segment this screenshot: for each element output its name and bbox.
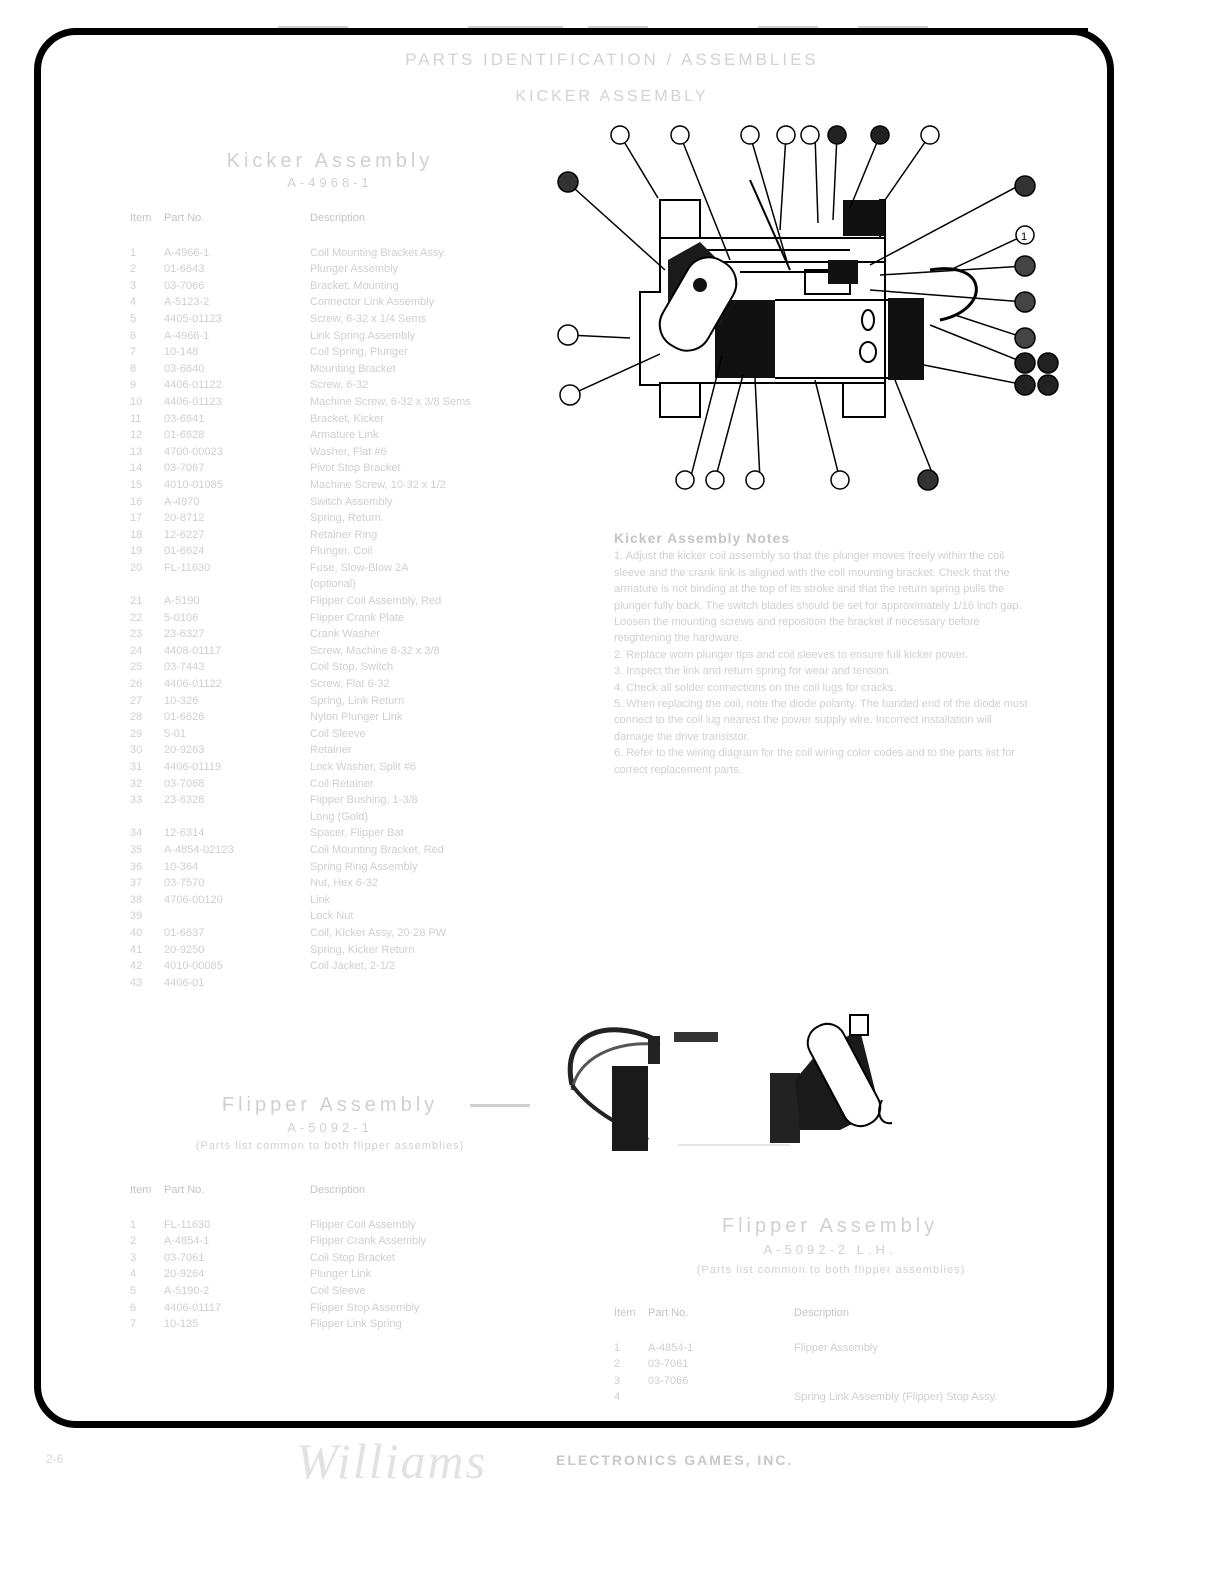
item-number: 41 (130, 942, 164, 959)
callout-label-1: 1 (1021, 231, 1027, 243)
part-number (164, 908, 310, 925)
item-number: 3 (130, 1250, 164, 1267)
table-row: 303-7061Coil Stop Bracket (130, 1250, 550, 1267)
table-row: Long (Gold) (130, 809, 550, 826)
part-description (794, 1356, 1034, 1373)
item-number: 6 (130, 328, 164, 345)
item-number: 36 (130, 859, 164, 876)
item-number: 3 (614, 1373, 648, 1390)
item-number (130, 809, 164, 826)
table-row: (optional) (130, 576, 550, 593)
part-description: Bracket, Kicker (310, 411, 550, 428)
table-row: 21A-5190Flipper Coil Assembly, Red (130, 593, 550, 610)
table-row: 1103-6641Bracket, Kicker (130, 411, 550, 428)
item-number: 2 (130, 261, 164, 278)
part-number: 23-6327 (164, 626, 310, 643)
part-number: 03-7443 (164, 659, 310, 676)
item-number: 1 (130, 245, 164, 262)
item-number: 25 (130, 659, 164, 676)
part-number: A-4854-02123 (164, 842, 310, 859)
table-row: 4A-5123-2Connector Link Assembly (130, 294, 550, 311)
part-description: Flipper Coil Assembly (310, 1217, 550, 1234)
table-row: 710-148Coil Spring, Plunger (130, 344, 550, 361)
table-row: 3610-364Spring Ring Assembly (130, 859, 550, 876)
table-row: 4001-6637Coil, Kicker Assy, 20-28 PW (130, 925, 550, 942)
table-row: 4Spring Link Assembly (Flipper) Stop Ass… (614, 1389, 1034, 1406)
part-number: 4010-01085 (164, 477, 310, 494)
item-number: 7 (130, 344, 164, 361)
part-number: 4706-00120 (164, 892, 310, 909)
part-number: 03-7066 (648, 1373, 794, 1390)
column-header: Description (310, 210, 550, 227)
part-description: (optional) (310, 576, 550, 593)
item-number: 1 (614, 1340, 648, 1357)
table-row: 94406-01122Screw, 6-32 (130, 377, 550, 394)
part-number: A-5190-2 (164, 1283, 310, 1300)
table-row: 35A-4854-02123Coil Mounting Bracket, Red (130, 842, 550, 859)
item-number: 6 (130, 1300, 164, 1317)
part-description: Plunger Link (310, 1266, 550, 1283)
note-paragraph: 6. Refer to the wiring diagram for the c… (614, 745, 1034, 778)
table-row: 314406-01119Lock Washer, Split #6 (130, 759, 550, 776)
part-number: 03-7061 (164, 1250, 310, 1267)
kicker-parts-table: ItemPart No.Description1A-4966-1Coil Mou… (130, 210, 550, 991)
flipper-assembly-photo (560, 940, 980, 1190)
part-description: Switch Assembly (310, 494, 550, 511)
part-description: Machine Screw, 10-32 x 1/2 (310, 477, 550, 494)
part-number: 20-9263 (164, 742, 310, 759)
item-number: 16 (130, 494, 164, 511)
item-number: 32 (130, 776, 164, 793)
note-paragraph: 4. Check all solder connections on the c… (614, 680, 1034, 696)
item-number: 31 (130, 759, 164, 776)
item-number: 12 (130, 427, 164, 444)
part-description: Screw, 6-32 x 1/4 Sems (310, 311, 550, 328)
table-row: 710-135Flipper Link Spring (130, 1316, 550, 1333)
item-number: 7 (130, 1316, 164, 1333)
item-number: 21 (130, 593, 164, 610)
part-description: Link (310, 892, 550, 909)
part-description: Coil Mounting Bracket Assy. (310, 245, 550, 262)
table-row: 303-7066Bracket, Mounting (130, 278, 550, 295)
item-number: 11 (130, 411, 164, 428)
part-description: Retainer Ring (310, 527, 550, 544)
part-number: FL-11630 (164, 1217, 310, 1234)
part-number: 12-6314 (164, 825, 310, 842)
kicker-assembly-diagram: 1 (550, 120, 1060, 500)
part-description: Screw, Flat 6-32 (310, 676, 550, 693)
table-row: 1403-7067Pivot Stop Bracket (130, 460, 550, 477)
table-row: 434406-01 (130, 975, 550, 992)
part-number: 20-9264 (164, 1266, 310, 1283)
table-row: 154010-01085Machine Screw, 10-32 x 1/2 (130, 477, 550, 494)
kicker-assembly-notes: Kicker Assembly Notes 1. Adjust the kick… (614, 530, 1034, 778)
part-description: Washer, Flat #6 (310, 444, 550, 461)
part-description: Flipper Crank Plate (310, 610, 550, 627)
item-number: 4 (130, 1266, 164, 1283)
note-paragraph: 3. Inspect the link and return spring fo… (614, 663, 1034, 679)
part-number: 23-6328 (164, 792, 310, 809)
item-number: 43 (130, 975, 164, 992)
part-description: Long (Gold) (310, 809, 550, 826)
item-number: 2 (614, 1356, 648, 1373)
flipper-assembly-subtitle: A-5092-1 (150, 1120, 510, 1135)
part-number: 4405-01123 (164, 311, 310, 328)
part-description: Plunger, Coil (310, 543, 550, 560)
column-header: Part No. (164, 1182, 310, 1199)
item-number: 10 (130, 394, 164, 411)
kicker-assembly-title: Kicker Assembly (150, 150, 510, 173)
part-description (310, 975, 550, 992)
part-description: Machine Screw, 6-32 x 3/8 Sems (310, 394, 550, 411)
part-number: 03-6640 (164, 361, 310, 378)
item-number: 38 (130, 892, 164, 909)
part-description: Coil Stop Bracket (310, 1250, 550, 1267)
table-row: 420-9264Plunger Link (130, 1266, 550, 1283)
item-number: 33 (130, 792, 164, 809)
part-description: Lock Nut (310, 908, 550, 925)
table-row: 4120-9250Spring, Kicker Return (130, 942, 550, 959)
part-description: Crank Washer (310, 626, 550, 643)
table-row: 104406-01123Machine Screw, 6-32 x 3/8 Se… (130, 394, 550, 411)
column-header: Item (130, 210, 164, 227)
part-description: Flipper Bushing, 1-3/8 (310, 792, 550, 809)
part-description: Spring, Kicker Return (310, 942, 550, 959)
item-number: 28 (130, 709, 164, 726)
table-row: 303-7066 (614, 1373, 1034, 1390)
part-number: A-4854-1 (648, 1340, 794, 1357)
table-row: 201-6643Plunger Assembly (130, 261, 550, 278)
table-row: 6A-4966-1Link Spring Assembly (130, 328, 550, 345)
item-number: 23 (130, 626, 164, 643)
part-number: 01-6643 (164, 261, 310, 278)
part-number: A-4966-1 (164, 328, 310, 345)
page-header-line1: PARTS IDENTIFICATION / ASSEMBLIES (0, 50, 1224, 70)
part-number: 4406-01122 (164, 377, 310, 394)
flipper-assembly-lh-subtitle: A-5092-2 L.H. (630, 1242, 1030, 1257)
part-description: Spring Ring Assembly (310, 859, 550, 876)
table-row: 1720-8712Spring, Return (130, 510, 550, 527)
table-row: 2710-326Spring, Link Return (130, 693, 550, 710)
flipper-lh-parts-table: ItemPart No.Description1A-4854-1Flipper … (614, 1305, 1034, 1406)
item-number: 5 (130, 1283, 164, 1300)
table-row: 16A-4970Switch Assembly (130, 494, 550, 511)
item-number: 42 (130, 958, 164, 975)
kicker-assembly-subtitle: A-4968-1 (150, 175, 510, 190)
part-description: Nylon Plunger Link (310, 709, 550, 726)
item-number: 20 (130, 560, 164, 577)
item-number: 35 (130, 842, 164, 859)
part-description: Lock Washer, Split #6 (310, 759, 550, 776)
item-number: 39 (130, 908, 164, 925)
table-row: 1201-6628Armature Link (130, 427, 550, 444)
part-number: 4406-01123 (164, 394, 310, 411)
item-number: 13 (130, 444, 164, 461)
part-number: 4406-01119 (164, 759, 310, 776)
page-number: 2-6 (46, 1452, 63, 1466)
part-number: 03-7061 (648, 1356, 794, 1373)
flipper-parts-table: ItemPart No.Description1FL-11630Flipper … (130, 1182, 550, 1333)
table-row: 803-6640Mounting Bracket (130, 361, 550, 378)
part-number: 03-7066 (164, 278, 310, 295)
part-description: Spring, Link Return (310, 693, 550, 710)
column-header: Description (310, 1182, 550, 1199)
table-row: 203-7061 (614, 1356, 1034, 1373)
table-row: 134700-00023Washer, Flat #6 (130, 444, 550, 461)
table-row: 244408-01117Screw, Machine 8-32 x 3/8 (130, 643, 550, 660)
table-row: 1812-6227Retainer Ring (130, 527, 550, 544)
table-row: 2503-7443Coil Stop, Switch (130, 659, 550, 676)
part-description: Screw, 6-32 (310, 377, 550, 394)
item-number: 40 (130, 925, 164, 942)
table-row: 1901-6624Plunger, Coil (130, 543, 550, 560)
part-number: 01-6637 (164, 925, 310, 942)
part-description: Coil Mounting Bracket, Red (310, 842, 550, 859)
part-number (648, 1389, 794, 1406)
company-name: ELECTRONICS GAMES, INC. (556, 1452, 793, 1468)
table-row: 264406-01122Screw, Flat 6-32 (130, 676, 550, 693)
item-number: 2 (130, 1233, 164, 1250)
column-header: Item (614, 1305, 648, 1322)
flipper-assembly-title: Flipper Assembly (150, 1094, 510, 1117)
item-number (130, 576, 164, 593)
item-number: 34 (130, 825, 164, 842)
part-description: Coil Retainer (310, 776, 550, 793)
part-description: Screw, Machine 8-32 x 3/8 (310, 643, 550, 660)
part-number: 03-7067 (164, 460, 310, 477)
part-number: 4406-01122 (164, 676, 310, 693)
item-number: 14 (130, 460, 164, 477)
note-paragraph: 2. Replace worn plunger tips and coil sl… (614, 647, 1034, 663)
table-row: 3203-7068Coil Retainer (130, 776, 550, 793)
flipper-assembly-note: (Parts list common to both flipper assem… (130, 1140, 530, 1152)
table-row: 3703-7570Nut, Hex 6-32 (130, 875, 550, 892)
column-header: Description (794, 1305, 1034, 1322)
part-number: 01-6624 (164, 543, 310, 560)
item-number: 19 (130, 543, 164, 560)
table-row: 2A-4854-1Flipper Crank Assembly (130, 1233, 550, 1250)
table-row: 1A-4966-1Coil Mounting Bracket Assy. (130, 245, 550, 262)
williams-logo: Williams (296, 1432, 487, 1490)
part-number (164, 576, 310, 593)
table-row: 295-01Coil Sleeve (130, 726, 550, 743)
item-number: 15 (130, 477, 164, 494)
part-number: 4406-01 (164, 975, 310, 992)
part-number: 5-0106 (164, 610, 310, 627)
part-number: 20-8712 (164, 510, 310, 527)
table-row: 2323-6327Crank Washer (130, 626, 550, 643)
part-description: Coil Sleeve (310, 726, 550, 743)
part-description: Coil Jacket, 2-1/2 (310, 958, 550, 975)
item-number: 18 (130, 527, 164, 544)
part-number: 01-6626 (164, 709, 310, 726)
table-row: 3020-9263Retainer (130, 742, 550, 759)
table-row: 225-0106Flipper Crank Plate (130, 610, 550, 627)
part-description: Mounting Bracket (310, 361, 550, 378)
page-header-line2: KICKER ASSEMBLY (0, 88, 1224, 106)
part-description: Link Spring Assembly (310, 328, 550, 345)
table-header: ItemPart No.Description (130, 1182, 550, 1199)
part-description: Coil, Kicker Assy, 20-28 PW (310, 925, 550, 942)
note-paragraph: 1. Adjust the kicker coil assembly so th… (614, 548, 1034, 646)
part-description: Flipper Coil Assembly, Red (310, 593, 550, 610)
part-description: Plunger Assembly (310, 261, 550, 278)
part-description: Flipper Stop Assembly (310, 1300, 550, 1317)
item-number: 9 (130, 377, 164, 394)
part-number: 10-135 (164, 1316, 310, 1333)
table-row: 3323-6328Flipper Bushing, 1-3/8 (130, 792, 550, 809)
part-number: 12-6227 (164, 527, 310, 544)
part-number: FL-11630 (164, 560, 310, 577)
part-number: A-4966-1 (164, 245, 310, 262)
part-description: Armature Link (310, 427, 550, 444)
part-description: Nut, Hex 6-32 (310, 875, 550, 892)
column-header: Part No. (164, 210, 310, 227)
item-number: 1 (130, 1217, 164, 1234)
part-number: 10-326 (164, 693, 310, 710)
table-row: 64406-01117Flipper Stop Assembly (130, 1300, 550, 1317)
part-number: 03-7570 (164, 875, 310, 892)
item-number: 17 (130, 510, 164, 527)
part-description: Retainer (310, 742, 550, 759)
part-number: 03-7068 (164, 776, 310, 793)
item-number: 4 (614, 1389, 648, 1406)
table-row: 20FL-11630Fuse, Slow-Blow 2A (130, 560, 550, 577)
part-description (794, 1373, 1034, 1390)
part-description: Fuse, Slow-Blow 2A (310, 560, 550, 577)
table-header: ItemPart No.Description (130, 210, 550, 227)
part-description: Flipper Crank Assembly (310, 1233, 550, 1250)
title-rule (470, 1104, 530, 1107)
part-number: 5-01 (164, 726, 310, 743)
part-description: Coil Sleeve (310, 1283, 550, 1300)
note-paragraph: 5. When replacing the coil, note the dio… (614, 696, 1034, 745)
table-header: ItemPart No.Description (614, 1305, 1034, 1322)
table-row: 2801-6626Nylon Plunger Link (130, 709, 550, 726)
part-number: 4408-01117 (164, 643, 310, 660)
table-row: 54405-01123Screw, 6-32 x 1/4 Sems (130, 311, 550, 328)
part-number: 01-6628 (164, 427, 310, 444)
item-number: 37 (130, 875, 164, 892)
column-header: Item (130, 1182, 164, 1199)
table-row: 3412-6314Spacer, Flipper Bat (130, 825, 550, 842)
part-number (164, 809, 310, 826)
part-description: Flipper Link Spring (310, 1316, 550, 1333)
part-number: A-5123-2 (164, 294, 310, 311)
part-number: A-4970 (164, 494, 310, 511)
part-number: 03-6641 (164, 411, 310, 428)
part-number: 4010-00085 (164, 958, 310, 975)
part-number: 4406-01117 (164, 1300, 310, 1317)
part-description: Flipper Assembly (794, 1340, 1034, 1357)
part-description: Spring Link Assembly (Flipper) Stop Assy… (794, 1389, 1034, 1406)
item-number: 22 (130, 610, 164, 627)
item-number: 27 (130, 693, 164, 710)
flipper-assembly-lh-title: Flipper Assembly (630, 1215, 1030, 1238)
item-number: 30 (130, 742, 164, 759)
part-description: Coil Spring, Plunger (310, 344, 550, 361)
part-description: Spring, Return (310, 510, 550, 527)
part-description: Spacer, Flipper Bat (310, 825, 550, 842)
part-number: 10-148 (164, 344, 310, 361)
item-number: 5 (130, 311, 164, 328)
part-number: 10-364 (164, 859, 310, 876)
item-number: 8 (130, 361, 164, 378)
part-number: A-4854-1 (164, 1233, 310, 1250)
table-row: 424010-00085Coil Jacket, 2-1/2 (130, 958, 550, 975)
table-row: 5A-5190-2Coil Sleeve (130, 1283, 550, 1300)
part-number: 4700-00023 (164, 444, 310, 461)
item-number: 26 (130, 676, 164, 693)
part-description: Connector Link Assembly (310, 294, 550, 311)
item-number: 24 (130, 643, 164, 660)
table-row: 384706-00120Link (130, 892, 550, 909)
notes-title: Kicker Assembly Notes (614, 530, 1034, 546)
part-number: A-5190 (164, 593, 310, 610)
table-row: 39Lock Nut (130, 908, 550, 925)
item-number: 29 (130, 726, 164, 743)
part-number: 20-9250 (164, 942, 310, 959)
item-number: 4 (130, 294, 164, 311)
item-number: 3 (130, 278, 164, 295)
flipper-assembly-lh-note: (Parts list common to both flipper assem… (606, 1264, 1056, 1276)
part-description: Pivot Stop Bracket (310, 460, 550, 477)
table-row: 1A-4854-1Flipper Assembly (614, 1340, 1034, 1357)
part-description: Bracket, Mounting (310, 278, 550, 295)
part-description: Coil Stop, Switch (310, 659, 550, 676)
table-row: 1FL-11630Flipper Coil Assembly (130, 1217, 550, 1234)
column-header: Part No. (648, 1305, 794, 1322)
